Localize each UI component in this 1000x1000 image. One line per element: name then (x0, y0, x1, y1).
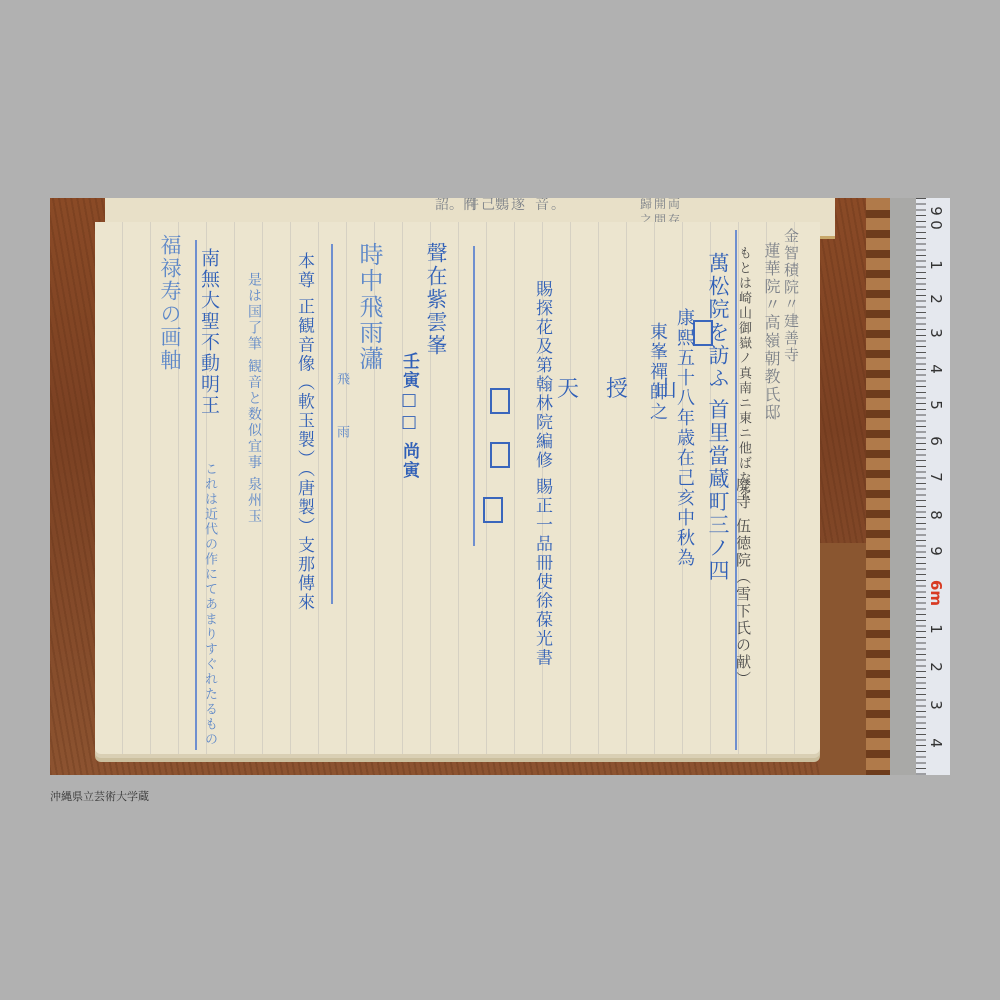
ruler-label: 1 (927, 251, 945, 279)
ruler-label: 6 (927, 427, 945, 455)
ruler-label: 2 (927, 285, 945, 313)
note-gotokuin: 廃寺 伍徳院（雪下氏の献） (735, 477, 750, 688)
ruler-label: 2 (927, 653, 945, 681)
text-fukurokuju: 福禄寿の画軸 (159, 234, 180, 372)
blank-box (490, 388, 510, 414)
blank-box (490, 442, 510, 468)
top-page-text-5: 音。 (535, 198, 567, 212)
ruler-label: 0 (927, 211, 945, 239)
ruler-label: 7 (927, 463, 945, 491)
text-seki-sub: 壬寅□□ 尚寅 (400, 352, 417, 480)
ruler-label: 4 (927, 355, 945, 383)
rule-line (195, 240, 197, 750)
margin-rule-right (735, 230, 737, 750)
text-honzon-note: 是は国了筆 観音と数似宜事 泉州玉 (247, 272, 261, 525)
ruler-label: 5 (927, 391, 945, 419)
note-sakiyama: もとは崎山御嶽ノ真南ニ東ニ他ばなを (737, 246, 750, 501)
top-page-text-6: 歸開両 (640, 198, 682, 210)
text-hiu: 飛 雨 (335, 372, 348, 456)
ruler-label: 8 (927, 501, 945, 529)
note-rengein: 蓮華院〃高嶺朝教氏邸 (763, 242, 779, 422)
plaque-tenjuzan: 天 授 山 (557, 372, 687, 403)
text-fudo-myoo: 南無大聖不動明王 (199, 248, 218, 416)
top-page-text-3: 鸚遂 (495, 198, 527, 212)
ruler-label-meter: 6m (927, 579, 945, 607)
rule-line (473, 246, 475, 546)
ruler-label: 1 (927, 615, 945, 643)
text-honzon: 本尊 正観音像（軟玉製）（唐製）支那傳來 (295, 252, 312, 612)
text-seki-zaishiun: 聲在紫雲峯 (425, 242, 446, 357)
top-page-text-2: 件己 (465, 198, 497, 212)
ruler-label: 9 (927, 537, 945, 565)
ruler-label: 4 (927, 729, 945, 757)
text-kangxi: 康熙五十八年歳在己亥中秋為 (675, 308, 693, 568)
text-fudo-note: これは近代の作にてあまりすぐれたるもの (203, 462, 216, 747)
text-jichu: 時中飛雨瀟 (357, 242, 381, 372)
leather-lacing (866, 198, 890, 775)
blank-box (483, 497, 503, 523)
notebook-page: 金智積院〃建善寺 蓮華院〃高嶺朝教氏邸 もとは崎山御嶽ノ真南ニ東ニ他ばなを 廃寺… (95, 222, 820, 754)
collection-credit: 沖縄県立芸術大学蔵 (50, 788, 149, 804)
rule-line (331, 244, 333, 604)
text-xubaoguang: 賜探花及第翰林院編修 賜正一品冊使徐葆光書 (533, 280, 550, 667)
heading-manshoin: 萬松院を訪ふ 首里當蔵町三ノ四 (707, 252, 728, 583)
ruler-label: 3 (927, 691, 945, 719)
notebook-photo: 詔。同 件己 鸚遂 音。 歸開両 之間存 金智積院〃建善寺 蓮華院〃高嶺朝教氏邸… (50, 198, 950, 775)
note-chishakuin: 金智積院〃建善寺 (783, 228, 798, 364)
ruler-label: 3 (927, 319, 945, 347)
blank-box (693, 320, 713, 346)
